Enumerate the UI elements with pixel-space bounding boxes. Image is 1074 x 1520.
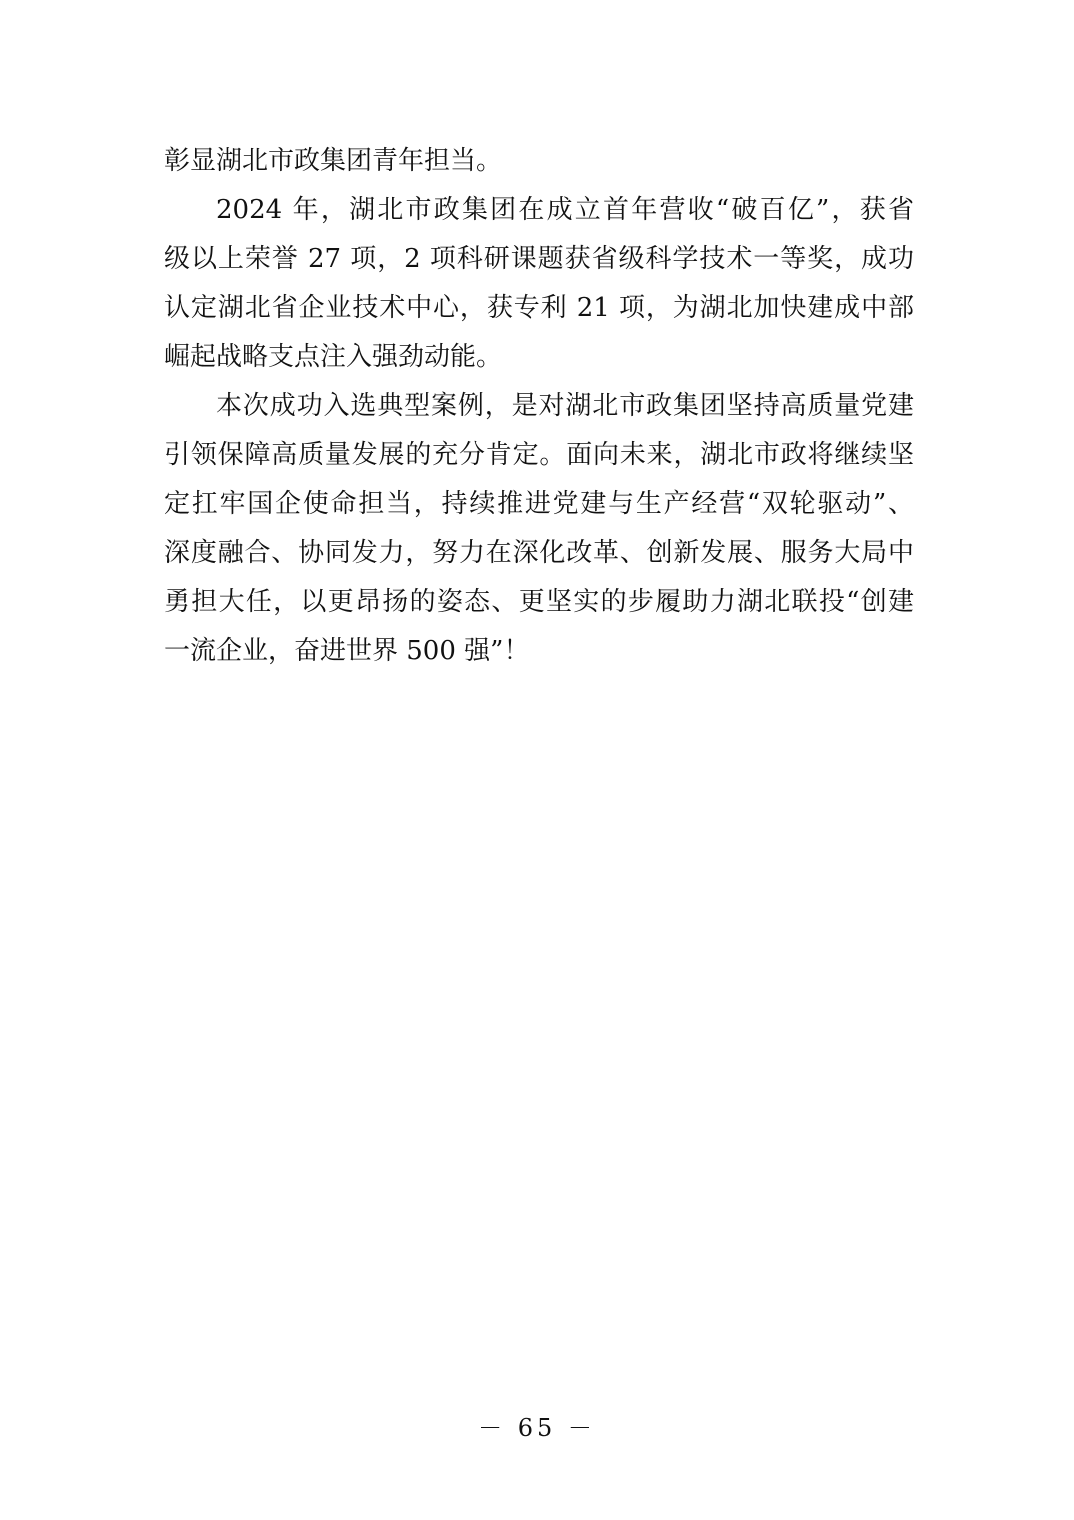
paragraph-3-line-2: 引领保障高质量发展的充分肯定。面向未来，湖北市政将继续坚	[164, 431, 914, 480]
paragraph-3-line-1: 本次成功入选典型案例，是对湖北市政集团坚持高质量党建	[164, 382, 914, 431]
body-text: 彰显湖北市政集团青年担当。 2024 年，湖北市政集团在成立首年营收“破百亿”，…	[164, 137, 914, 676]
paragraph-3-line-3: 定扛牢国企使命担当，持续推进党建与生产经营“双轮驱动”、	[164, 480, 914, 529]
paragraph-2-line-2: 级以上荣誉 27 项，2 项科研课题获省级科学技术一等奖，成功	[164, 235, 914, 284]
document-page: 彰显湖北市政集团青年担当。 2024 年，湖北市政集团在成立首年营收“破百亿”，…	[0, 0, 1074, 1520]
page-number: － 65 －	[0, 1413, 1074, 1443]
paragraph-3-line-6: 一流企业，奋进世界 500 强”！	[164, 627, 914, 676]
paragraph-1-line-1: 彰显湖北市政集团青年担当。	[164, 137, 914, 186]
paragraph-3-line-5: 勇担大任，以更昂扬的姿态、更坚实的步履助力湖北联投“创建	[164, 578, 914, 627]
paragraph-2-line-4: 崛起战略支点注入强劲动能。	[164, 333, 914, 382]
paragraph-3-line-4: 深度融合、协同发力，努力在深化改革、创新发展、服务大局中	[164, 529, 914, 578]
paragraph-2-line-1: 2024 年，湖北市政集团在成立首年营收“破百亿”，获省	[164, 186, 914, 235]
paragraph-2-line-3: 认定湖北省企业技术中心，获专利 21 项，为湖北加快建成中部	[164, 284, 914, 333]
